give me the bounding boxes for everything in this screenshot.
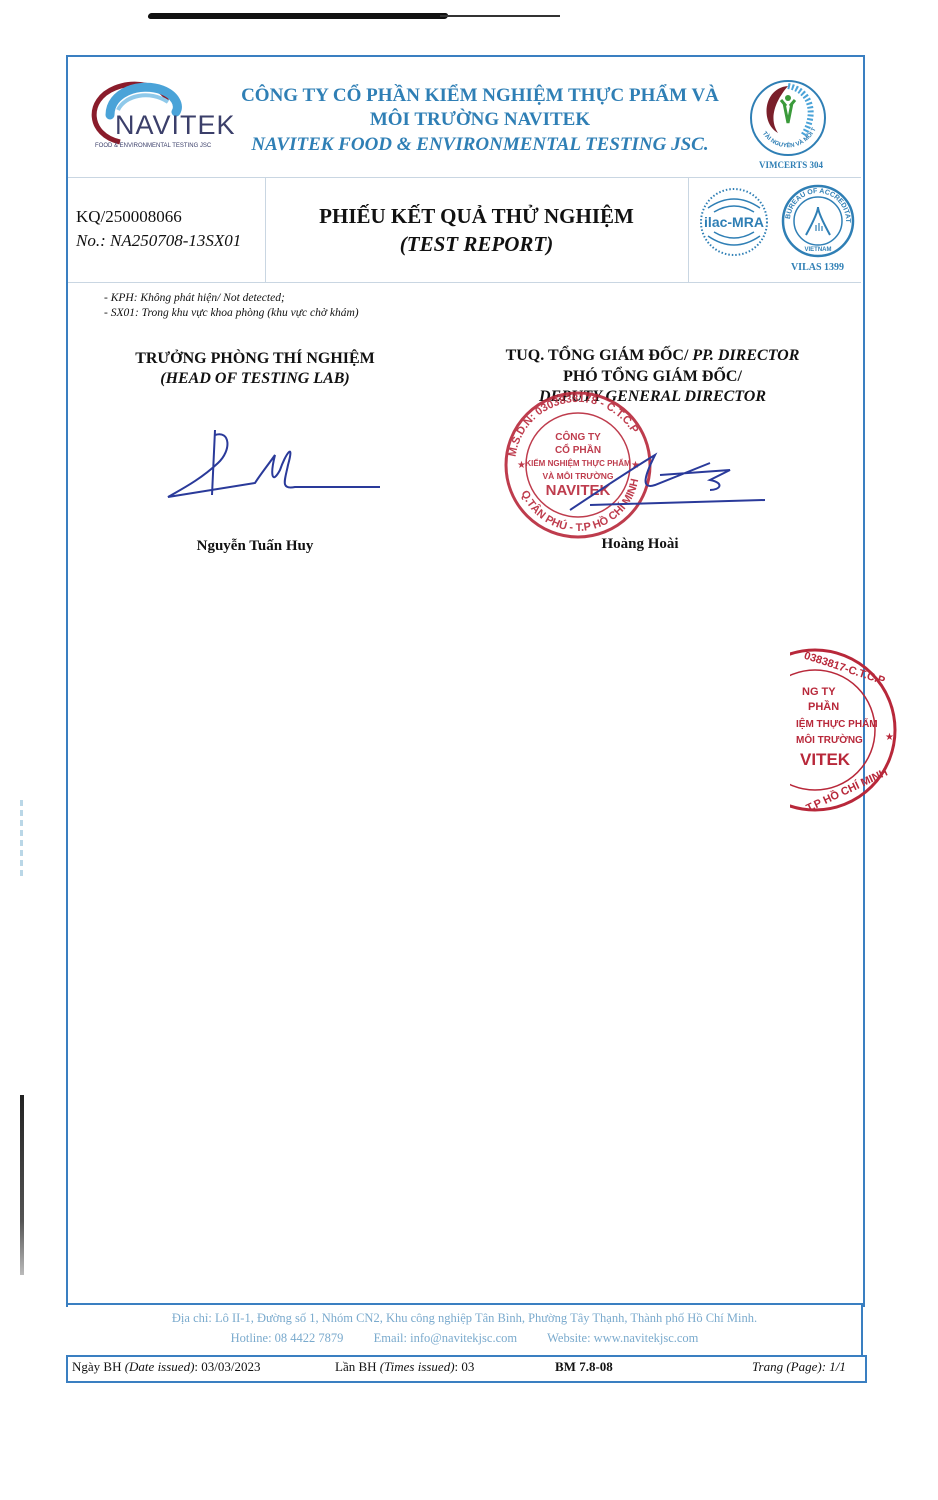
company-name-vi-line1: CÔNG TY CỔ PHẦN KIỂM NGHIỆM THỰC PHẨM VÀ [240, 84, 720, 108]
report-kq-number: KQ/250008066 [76, 207, 182, 227]
company-name-vi-line2: MÔI TRƯỜNG NAVITEK [240, 108, 720, 132]
page-number: Trang (Page): 1/1 [752, 1359, 846, 1375]
scan-artifact-top [147, 13, 448, 19]
right-signer-title-line1: TUQ. TỔNG GIÁM ĐỐC/ PP. DIRECTOR [470, 347, 835, 365]
scan-artifact-left-edge [20, 1095, 24, 1275]
svg-text:VIETNAM: VIETNAM [805, 247, 832, 253]
footer-address: Địa chỉ: Lô II-1, Đường số 1, Nhóm CN2, … [68, 1311, 861, 1326]
footer-website: Website: www.navitekjsc.com [547, 1331, 698, 1345]
svg-text:MÔI TRƯỜNG: MÔI TRƯỜNG [796, 733, 863, 746]
left-signature-icon [160, 425, 390, 505]
partial-seal-stamp: 0383817-C.T.C.P ★ NG TY PHẦN IỆM THỰC PH… [790, 645, 900, 815]
svg-text:ilac-MRA: ilac-MRA [704, 214, 764, 230]
date-issued: Ngày BH (Date issued): 03/03/2023 [72, 1359, 261, 1375]
left-signer-title-en: (HEAD OF TESTING LAB) [100, 370, 410, 388]
bureau-of-accreditation-emblem-icon: BUREAU OF ACCREDITATION VIETNAM [780, 183, 856, 259]
company-name-block: CÔNG TY CỔ PHẦN KIỂM NGHIỆM THỰC PHẨM VÀ… [240, 84, 720, 158]
right-signature-icon [560, 445, 770, 515]
logo-wordmark: NAVITEK [115, 110, 236, 141]
report-title-en: (TEST REPORT) [265, 232, 688, 257]
note-kph: - KPH: Không phát hiện/ Not detected; [104, 292, 285, 304]
left-signer-name: Nguyễn Tuấn Huy [100, 538, 410, 555]
right-signer-title-en: PP. DIRECTOR [692, 347, 799, 364]
scan-artifact-left-marks [20, 800, 23, 880]
footer-contacts: Hotline: 08 4422 7879 Email: info@navite… [68, 1331, 861, 1346]
logo-subtitle: FOOD & ENVIRONMENTAL TESTING JSC [95, 143, 211, 149]
times-issued-label-en: (Times issued) [380, 1359, 455, 1374]
vimcerts-label: VIMCERTS 304 [746, 160, 836, 170]
form-code: BM 7.8-08 [555, 1359, 613, 1375]
vilas-label: VILAS 1399 [775, 262, 860, 273]
date-issued-label-en: (Date issued) [125, 1359, 195, 1374]
svg-text:VITEK: VITEK [800, 750, 851, 769]
vimcerts-emblem-icon: TÀI NGUYÊN VÀ MÔI TRƯỜNG [748, 78, 828, 158]
partial-seal-stamp-icon: 0383817-C.T.C.P ★ NG TY PHẦN IỆM THỰC PH… [790, 645, 900, 815]
svg-text:NG TY: NG TY [802, 686, 836, 698]
right-signer-title-line2: PHÓ TỔNG GIÁM ĐỐC/ [470, 368, 835, 386]
times-issued-value: : 03 [455, 1359, 475, 1374]
svg-text:PHẦN: PHẦN [808, 700, 839, 713]
scan-artifact-top-line [440, 15, 560, 17]
header-divider-right [688, 177, 689, 282]
svg-text:CÔNG TY: CÔNG TY [555, 430, 601, 443]
report-title-vi: PHIẾU KẾT QUẢ THỬ NGHIỆM [265, 204, 688, 229]
company-name-en: NAVITEK FOOD & ENVIRONMENTAL TESTING JSC… [240, 132, 720, 158]
right-signer-name: Hoàng Hoài [560, 536, 720, 553]
date-issued-value: : 03/03/2023 [194, 1359, 260, 1374]
ilac-mra-emblem-icon: ilac-MRA [694, 186, 774, 258]
times-issued: Lần BH (Times issued): 03 [335, 1359, 474, 1375]
svg-text:★: ★ [885, 732, 894, 743]
report-no-number: No.: NA250708-13SX01 [76, 231, 241, 251]
svg-text:IỆM THỰC PHẨM: IỆM THỰC PHẨM [796, 717, 878, 730]
right-signer-title-vi: TUQ. TỔNG GIÁM ĐỐC/ [506, 347, 693, 364]
times-issued-label-vi: Lần BH [335, 1359, 380, 1374]
left-signer-title-vi: TRƯỞNG PHÒNG THÍ NGHIỆM [100, 350, 410, 368]
date-issued-label-vi: Ngày BH [72, 1359, 125, 1374]
note-sx01: - SX01: Trong khu vực khoa phòng (khu vự… [104, 307, 359, 319]
header-divider-left [265, 177, 266, 282]
footer-hotline: Hotline: 08 4422 7879 [231, 1331, 344, 1345]
footer-email: Email: info@navitekjsc.com [374, 1331, 517, 1345]
